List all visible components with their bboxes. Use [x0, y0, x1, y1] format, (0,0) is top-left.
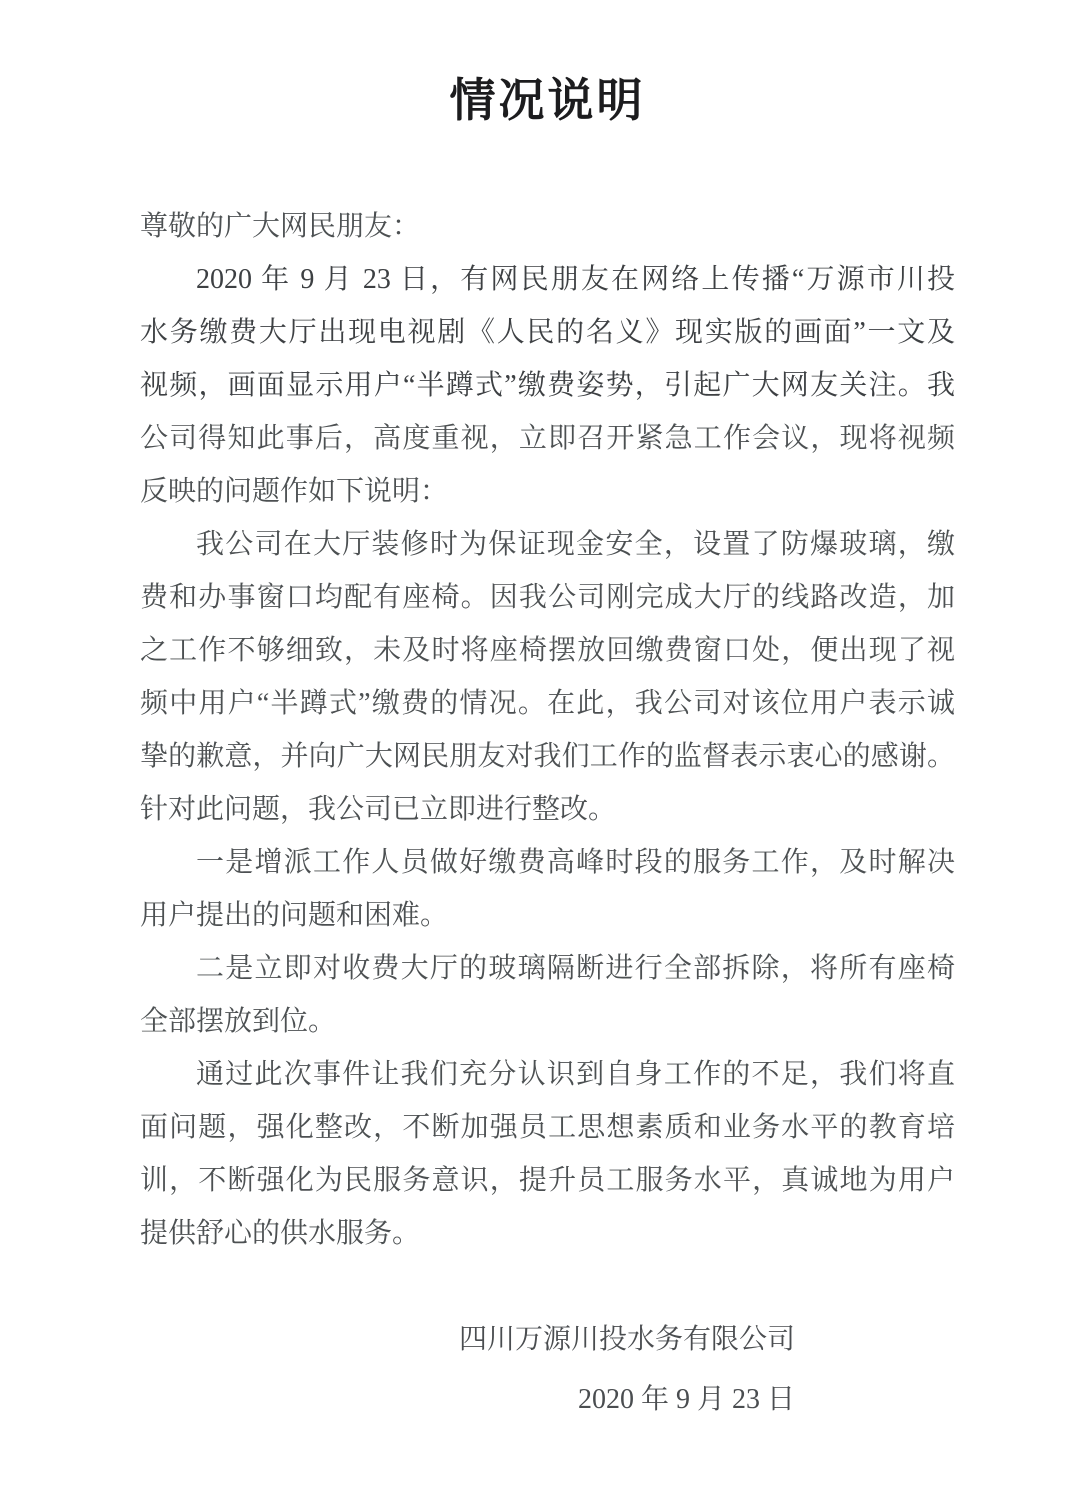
paragraphs: 2020 年 9 月 23 日，有网民朋友在网络上传播“万源市川投水务缴费大厅出… — [140, 253, 955, 1260]
salutation: 尊敬的广大网民朋友： — [140, 200, 955, 253]
paragraph-line: 2020 年 9 月 23 日，有网民朋友在网络上传播“万源市川投 — [140, 253, 955, 306]
signature-block: 四川万源川投水务有限公司 2020 年 9 月 23 日 — [140, 1310, 955, 1430]
signature-date: 2020 年 9 月 23 日 — [140, 1370, 795, 1430]
paragraph-line: 针对此问题，我公司已立即进行整改。 — [140, 783, 955, 836]
paragraph-line: 反映的问题作如下说明： — [140, 465, 955, 518]
paragraph-line: 费和办事窗口均配有座椅。因我公司刚完成大厅的线路改造，加 — [140, 571, 955, 624]
document-page: 情况说明 尊敬的广大网民朋友： 2020 年 9 月 23 日，有网民朋友在网络… — [0, 0, 1080, 1494]
paragraph-line: 视频，画面显示用户“半蹲式”缴费姿势，引起广大网友关注。我 — [140, 359, 955, 412]
paragraph-line: 二是立即对收费大厅的玻璃隔断进行全部拆除，将所有座椅 — [140, 942, 955, 995]
paragraph-line: 全部摆放到位。 — [140, 995, 955, 1048]
paragraph-line: 挚的歉意，并向广大网民朋友对我们工作的监督表示衷心的感谢。 — [140, 730, 955, 783]
company-name: 四川万源川投水务有限公司 — [140, 1310, 795, 1370]
paragraph-line: 用户提出的问题和困难。 — [140, 889, 955, 942]
paragraph-line: 之工作不够细致，未及时将座椅摆放回缴费窗口处，便出现了视 — [140, 624, 955, 677]
document-body: 尊敬的广大网民朋友： 2020 年 9 月 23 日，有网民朋友在网络上传播“万… — [140, 200, 955, 1260]
paragraph: 我公司在大厅装修时为保证现金安全，设置了防爆玻璃，缴费和办事窗口均配有座椅。因我… — [140, 518, 955, 836]
document-title: 情况说明 — [140, 72, 955, 130]
paragraph-line: 频中用户“半蹲式”缴费的情况。在此，我公司对该位用户表示诚 — [140, 677, 955, 730]
paragraph-line: 水务缴费大厅出现电视剧《人民的名义》现实版的画面”一文及 — [140, 306, 955, 359]
paragraph-line: 提供舒心的供水服务。 — [140, 1207, 955, 1260]
paragraph-line: 训，不断强化为民服务意识，提升员工服务水平，真诚地为用户 — [140, 1154, 955, 1207]
paragraph: 二是立即对收费大厅的玻璃隔断进行全部拆除，将所有座椅全部摆放到位。 — [140, 942, 955, 1048]
paragraph-line: 公司得知此事后，高度重视，立即召开紧急工作会议，现将视频 — [140, 412, 955, 465]
paragraph-line: 通过此次事件让我们充分认识到自身工作的不足，我们将直 — [140, 1048, 955, 1101]
paragraph: 一是增派工作人员做好缴费高峰时段的服务工作，及时解决用户提出的问题和困难。 — [140, 836, 955, 942]
paragraph-line: 一是增派工作人员做好缴费高峰时段的服务工作，及时解决 — [140, 836, 955, 889]
paragraph-line: 面问题，强化整改，不断加强员工思想素质和业务水平的教育培 — [140, 1101, 955, 1154]
paragraph-line: 我公司在大厅装修时为保证现金安全，设置了防爆玻璃，缴 — [140, 518, 955, 571]
paragraph: 通过此次事件让我们充分认识到自身工作的不足，我们将直面问题，强化整改，不断加强员… — [140, 1048, 955, 1260]
paragraph: 2020 年 9 月 23 日，有网民朋友在网络上传播“万源市川投水务缴费大厅出… — [140, 253, 955, 518]
